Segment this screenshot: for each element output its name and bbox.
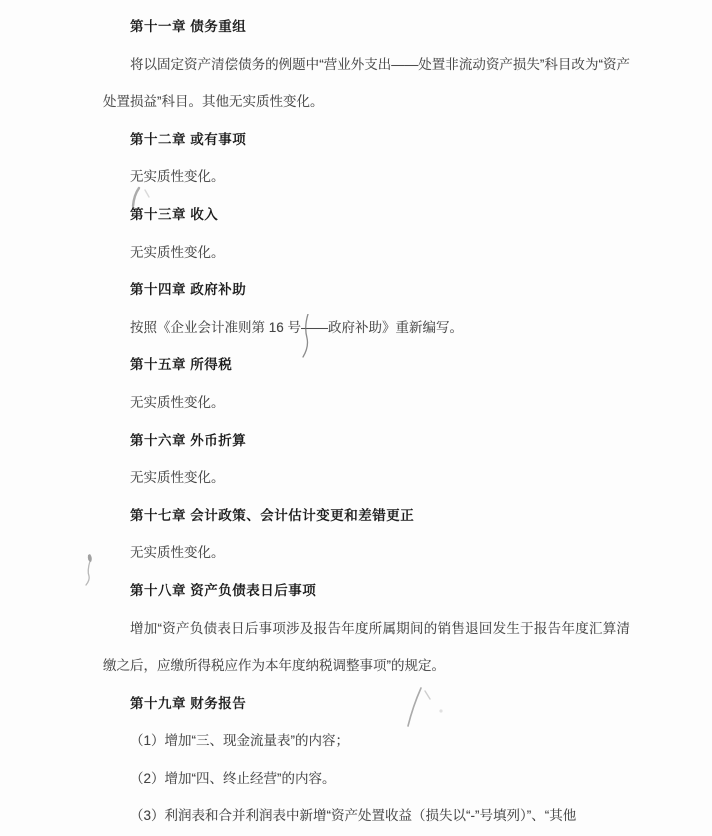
body-paragraph: （3）利润表和合并利润表中新增“资产处置收益（损失以“-”号填列）”、“其他 xyxy=(103,797,630,835)
chapter-heading: 第十一章 债务重组 xyxy=(103,8,630,46)
body-paragraph: 将以固定资产清偿债务的例题中“营业外支出——处置非流动资产损失”科目改为“资产处… xyxy=(103,46,630,121)
document-page: 第十一章 债务重组将以固定资产清偿债务的例题中“营业外支出——处置非流动资产损失… xyxy=(0,0,712,836)
body-paragraph: 无实质性变化。 xyxy=(103,384,630,422)
chapter-heading: 第十三章 收入 xyxy=(103,196,630,234)
body-paragraph: 无实质性变化。 xyxy=(103,534,630,572)
chapter-heading: 第十六章 外币折算 xyxy=(103,422,630,460)
chapter-heading: 第十七章 会计政策、会计估计变更和差错更正 xyxy=(103,497,630,535)
chapter-heading: 第十五章 所得税 xyxy=(103,346,630,384)
body-paragraph: 无实质性变化。 xyxy=(103,234,630,272)
body-paragraph: 无实质性变化。 xyxy=(103,158,630,196)
body-paragraph: （1）增加“三、现金流量表”的内容； xyxy=(103,722,630,760)
document-body: 第十一章 债务重组将以固定资产清偿债务的例题中“营业外支出——处置非流动资产损失… xyxy=(103,8,630,835)
chapter-heading: 第十四章 政府补助 xyxy=(103,271,630,309)
scan-artifact-scratch-2 xyxy=(78,551,100,587)
body-paragraph: 增加“资产负债表日后事项涉及报告年度所属期间的销售退回发生于报告年度汇算清缴之后… xyxy=(103,610,630,685)
body-paragraph: 无实质性变化。 xyxy=(103,459,630,497)
body-paragraph: 按照《企业会计准则第 16 号——政府补助》重新编写。 xyxy=(103,309,630,347)
body-paragraph: （2）增加“四、终止经营”的内容。 xyxy=(103,760,630,798)
chapter-heading: 第十二章 或有事项 xyxy=(103,121,630,159)
chapter-heading: 第十八章 资产负债表日后事项 xyxy=(103,572,630,610)
chapter-heading: 第十九章 财务报告 xyxy=(103,685,630,723)
